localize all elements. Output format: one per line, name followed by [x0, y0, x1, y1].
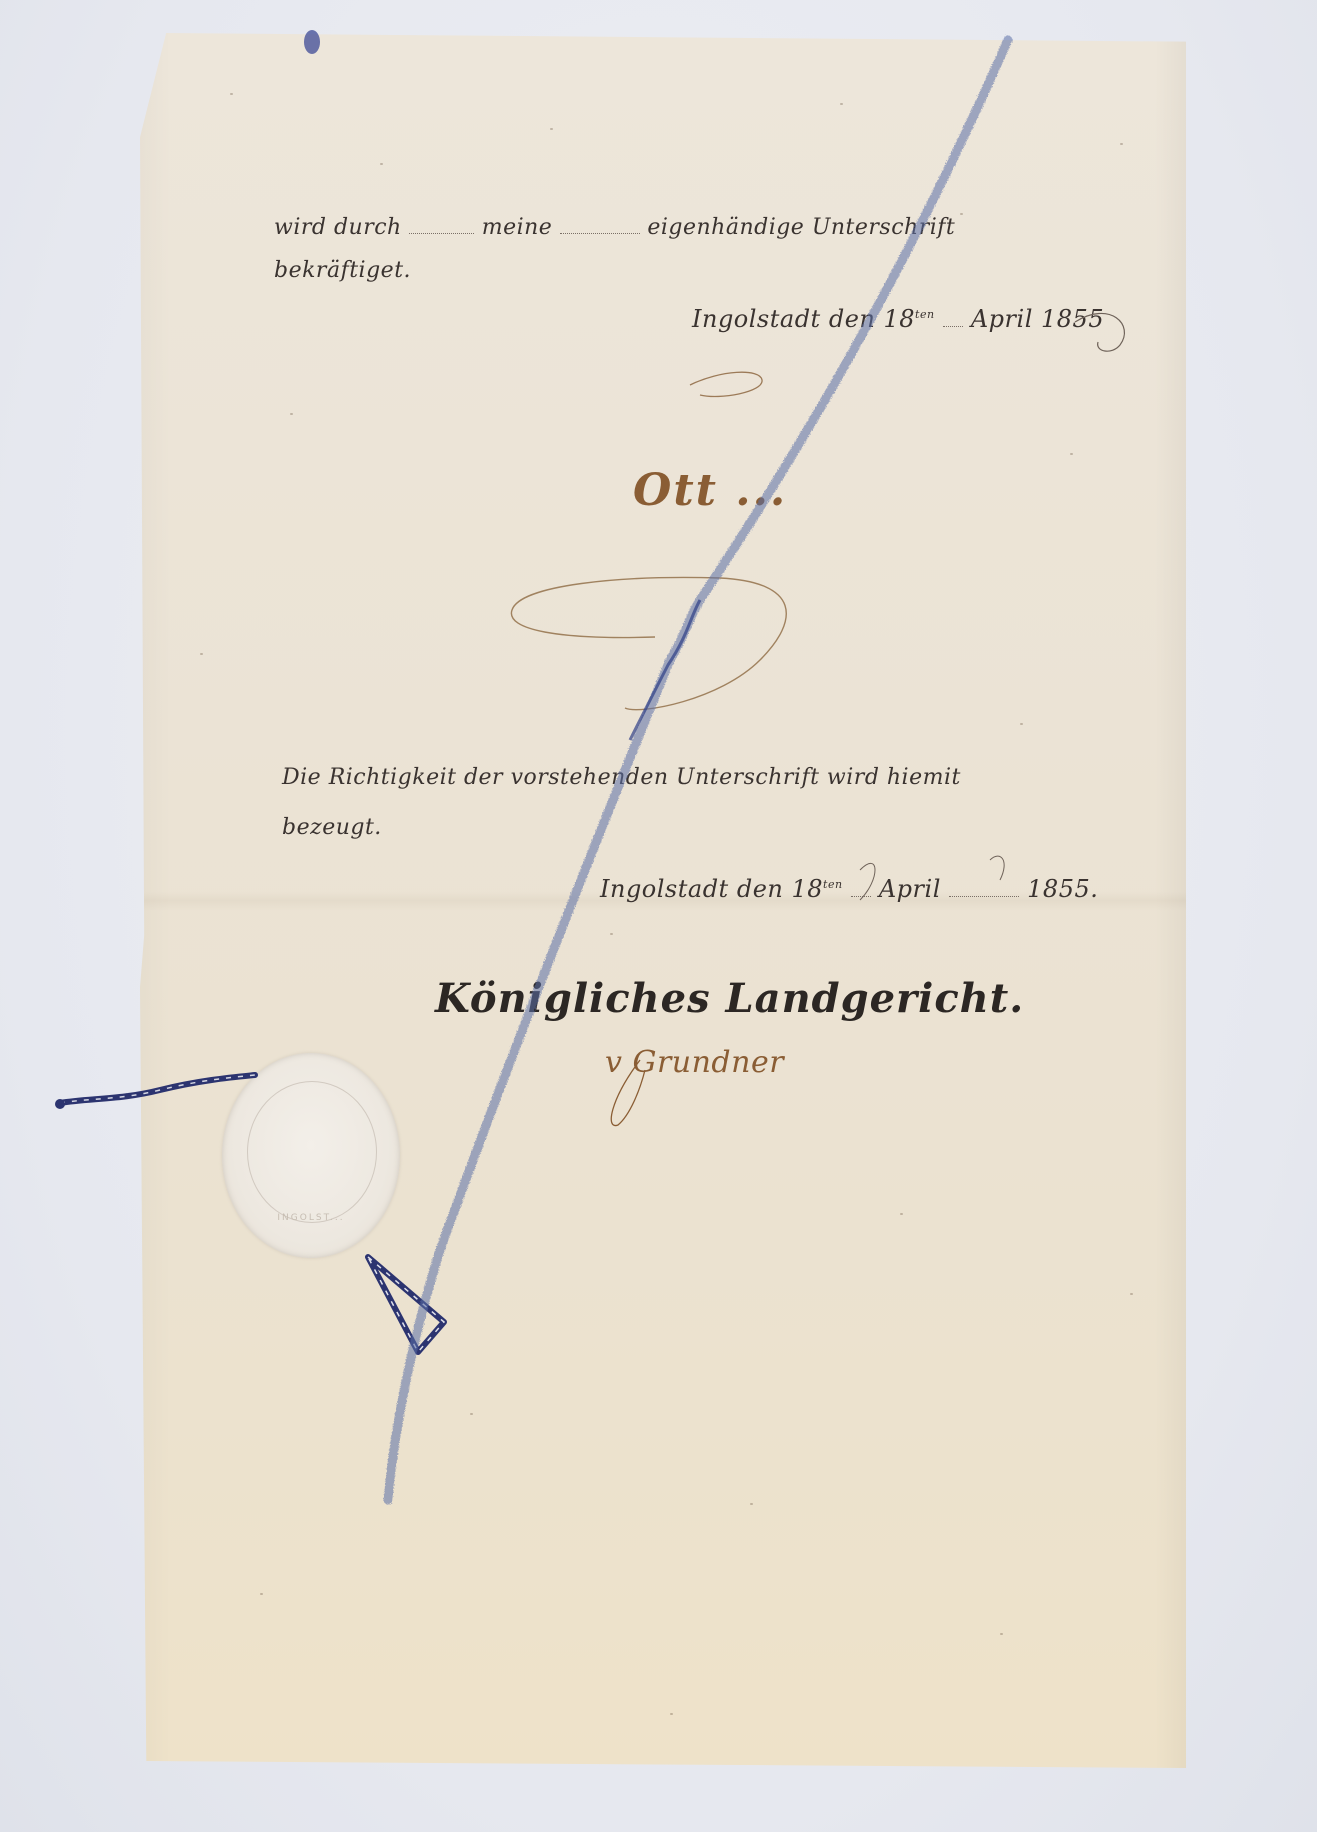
court-name-heading: Königliches Landgericht. — [435, 975, 1024, 1022]
certification-line-1: Die Richtigkeit der vorstehenden Untersc… — [282, 765, 961, 790]
date-line-1: Ingolstadt den 18ten April 1855 — [692, 305, 1104, 333]
seal-crest-icon — [247, 1081, 377, 1223]
seal-inscription: INGOLST... — [222, 1213, 400, 1223]
signature-ott: Ott ... — [633, 465, 787, 516]
signature-grundner: v Grundner — [605, 1045, 784, 1080]
embossed-seal: INGOLST... — [222, 1053, 400, 1258]
certification-line-2: bezeugt. — [282, 815, 382, 840]
attestation-line-2: bekräftiget. — [274, 258, 411, 283]
date-line-2: Ingolstadt den 18ten April 1855. — [600, 875, 1098, 903]
attestation-line-1: wird durch meine eigenhändige Unterschri… — [274, 215, 955, 240]
